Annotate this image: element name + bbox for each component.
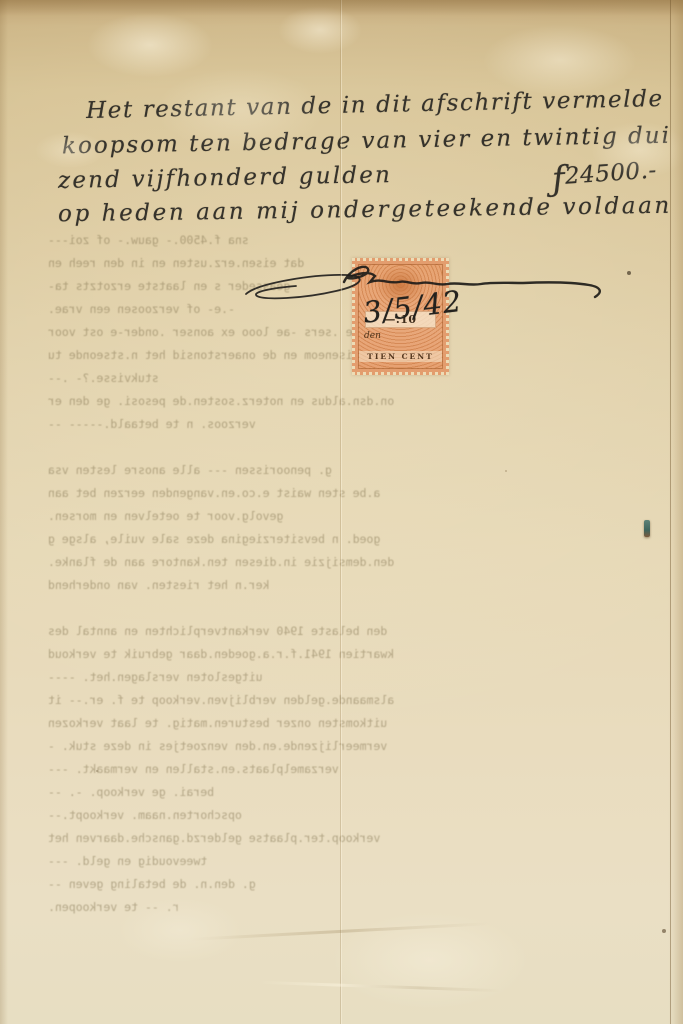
bleedthrough-line: r. -- te verkoopen. [48,896,648,919]
bleedthrough-line: opschorten.naam. verkoopt.-- [48,804,648,827]
stamp-denomination: TIEN CENT [359,351,442,362]
bleedthrough-line: on.dsn.aldus en noterz.sosten.de pesosi.… [48,390,648,413]
bleedthrough-text: sna f.4500.- gauw.- of zoi---dat eisen.e… [48,229,648,919]
handwriting-line-1: Het restant van de in dit afschrift verm… [86,86,664,124]
bleedthrough-line: g. penoorissen --- alle anosre lesten vs… [48,459,648,482]
staple [644,520,650,537]
dirt-specks [0,0,2,2]
handwriting-line-3: zend vijfhonderd gulden [58,162,392,194]
bleedthrough-line: a.be sten waist e.co.en.vangenden eerzen… [48,482,648,505]
bleedthrough-line: stukvisse.?- .-- [48,367,648,390]
bleedthrough-line [48,436,648,459]
bleedthrough-line: tweevoudig en geld. --- [48,850,648,873]
bleedthrough-line: gevolg.voor te oetelven en morsen. [48,505,648,528]
handwriting-line-4: op heden aan mij ondergeteekende voldaan [58,193,672,228]
right-edge-shadow [668,0,683,1024]
bleedthrough-line: sna f.4500.- gauw.- of zoi--- [48,229,648,252]
bleedthrough-line: verzamelplaats.en.stallen en vermaakt. -… [48,758,648,781]
bleedthrough-line: den belaste 1940 verkantverplichten en a… [48,620,648,643]
stamp-den-label: den [364,331,381,341]
bottom-crease [260,981,500,992]
amount-value: 24500.- [564,157,657,189]
bleedthrough-line: g. den.n. de betaling geven -- [48,873,648,896]
signature [240,260,630,312]
bottom-crease [190,922,490,941]
bleedthrough-line: ne .sers -ae looo ex aonser .onder-e ost… [48,321,648,344]
left-edge-shadow [0,0,8,1024]
bleedthrough-line: vermeerlijzende.en.den venzoetjes in dez… [48,735,648,758]
bleedthrough-line: verzoos. n te betaald.----- -- [48,413,648,436]
bleedthrough-line [48,597,648,620]
bleedthrough-line: uitgesloten verslagen.het. ---- [48,666,648,689]
handwriting-line-2: koopsom ten bedrage van vier en twintig … [62,123,671,160]
top-edge-shadow [0,0,683,16]
bleedthrough-line: uitkomsten onzer besturen.matig. te laat… [48,712,648,735]
bleedthrough-line: goed. n bevsiterziegina deze sale vuile,… [48,528,648,551]
bleedthrough-line: den.demsijzie in.diesen ten.kantore aan … [48,551,648,574]
bleedthrough-line: berai. ge verkoop. -. -- [48,781,648,804]
bleedthrough-line: alsmaande.gelden verblijven.verkoop te f… [48,689,648,712]
bleedthrough-line: ker.n het riesten. van onderhend [48,574,648,597]
bleedthrough-line: kwartien 1941.f.r.a.goeden.daar gebruik … [48,643,648,666]
bleedthrough-line: verkoop.ter.plaatse gelderzd.gansche.daa… [48,827,648,850]
bleedthrough-line: den eiseneom en de onaerstonsid het n.st… [48,344,648,367]
scanned-document-page: sna f.4500.- gauw.- of zoi---dat eisen.e… [0,0,683,1024]
page-edge-line [670,0,671,1024]
